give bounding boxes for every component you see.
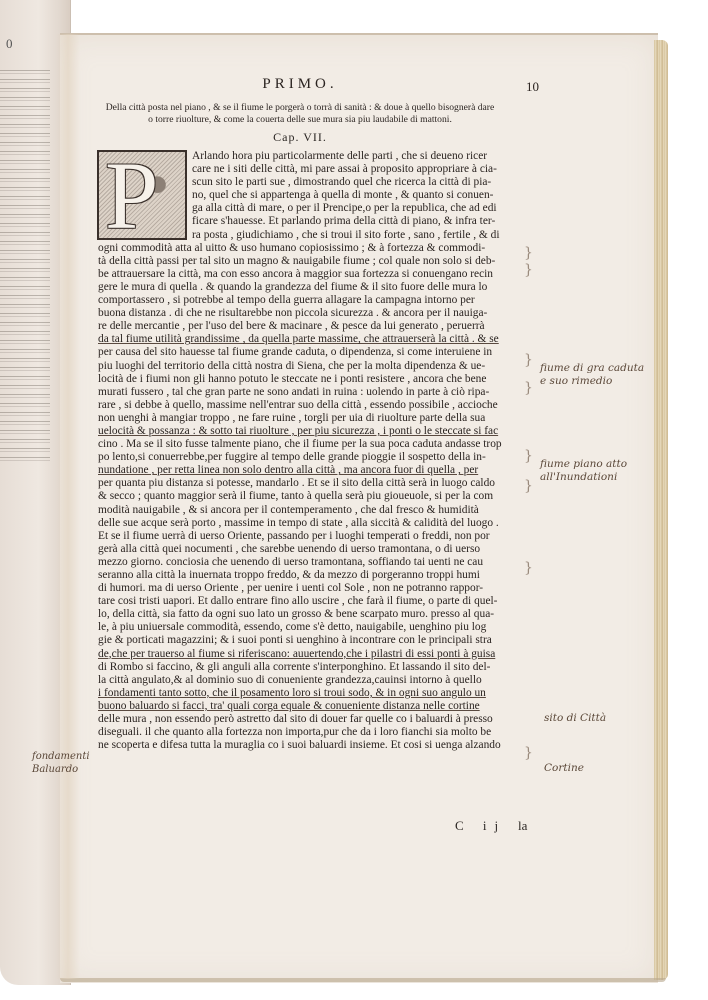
- marginal-note-line: fondamenti: [32, 750, 90, 763]
- page-bottom-edge: [60, 978, 666, 982]
- page-fore-edge: [654, 40, 668, 980]
- text-line: gerà alla città quei nocumenti , che sar…: [98, 543, 518, 556]
- margin-bracket: }: [524, 262, 533, 278]
- text-line: la città angulato,& al dominio suo di co…: [98, 674, 518, 687]
- text-line: non uenghi à mangiar troppo , ne fare ru…: [98, 412, 518, 425]
- marginal-note-line: all'Inundationi: [540, 471, 627, 484]
- text-line: delle sue acque serà porto , massime in …: [98, 517, 518, 530]
- book-gutter: [56, 34, 80, 979]
- text-line: modità nauigabile , & si ancora per il c…: [98, 504, 518, 517]
- catchword: la: [518, 818, 527, 834]
- text-line: Et se il fiume uerrà di uerso Oriente, p…: [98, 530, 518, 543]
- text-line: re delle mercantie , per l'uso del bere …: [98, 320, 518, 333]
- marginal-note-left: fondamenti Baluardo: [32, 750, 90, 776]
- margin-bracket: }: [524, 380, 533, 396]
- text-line: ga alla città di mare, o per il Prencipe…: [98, 202, 518, 215]
- text-line: ficare s'hauesse. Et parlando prima dell…: [98, 215, 518, 228]
- text-line: ne scoperta e difesa tutta la muraglia c…: [98, 739, 518, 752]
- text-line: mezzo giorno. conciosia che uenendo di u…: [98, 556, 518, 569]
- text-line: be attrauersare la città, ma con esso an…: [98, 268, 518, 281]
- text-line: scun sito le parti sue , dimostrando que…: [98, 176, 518, 189]
- margin-bracket: }: [524, 245, 533, 261]
- marginal-note: fiume piano atto all'Inundationi: [540, 458, 627, 484]
- text-line-underlined: nundatione , per retta linea non solo de…: [98, 464, 518, 477]
- text-line: Arlando hora piu particolarmente delle p…: [98, 150, 518, 163]
- text-line: le, à piu uniuersale commodità, essendo,…: [98, 621, 518, 634]
- text-line: care ne i siti delle città, mi pare assa…: [98, 163, 518, 176]
- marginal-note: fiume di gra caduta e suo rimedio: [540, 362, 644, 388]
- text-line: lo, della città, sia fatto da ogni suo l…: [98, 608, 518, 621]
- marginal-note-line: e suo rimedio: [540, 375, 644, 388]
- chapter-heading-line: Della città posta nel piano , & se il fi…: [95, 102, 505, 114]
- text-line-underlined: uelocità & possanza : & sotto tai riuolt…: [98, 425, 518, 438]
- running-head: PRIMO.: [60, 76, 540, 93]
- page-number: 10: [526, 79, 539, 95]
- signature-mark: C ij: [455, 818, 506, 834]
- text-line: gere le mura di quella . & quando la gra…: [98, 281, 518, 294]
- text-line: seranno alla città la inuernata troppo f…: [98, 569, 518, 582]
- text-line: rare , si debbe à quello, massime nell'e…: [98, 399, 518, 412]
- text-line: diseguali. il che quanto alla fortezza n…: [98, 726, 518, 739]
- marginal-note-line: Baluardo: [32, 763, 90, 776]
- text-line: & secco ; quanto maggior serà il fiume, …: [98, 490, 518, 503]
- text-line: cino . Ma se il sito fusse talmente pian…: [98, 438, 518, 451]
- margin-bracket: }: [524, 448, 533, 464]
- margin-bracket: }: [524, 560, 533, 576]
- left-page-text-ghost: [0, 62, 56, 466]
- text-line: murati fussero , tal che gran parte ne s…: [98, 386, 518, 399]
- marginal-note-line: Cortine: [544, 762, 584, 775]
- marginal-note: sito di Città: [544, 712, 606, 725]
- text-line: delle mura , non essendo però astretto d…: [98, 713, 518, 726]
- text-line: tà della città passi per tal sito un mag…: [98, 255, 518, 268]
- chapter-heading-line: o torre riuolture, & come la couerta del…: [95, 114, 505, 126]
- marginal-note-line: fiume di gra caduta: [540, 362, 644, 375]
- text-line-underlined: de,che per trauerso al fiume si riferisc…: [98, 648, 518, 661]
- text-line: po lento,si conuerrebbe,per fuggire al t…: [98, 451, 518, 464]
- text-line: per quanta piu distanza si potesse, mand…: [98, 477, 518, 490]
- margin-bracket: }: [524, 745, 533, 761]
- text-line: per causa del sito hauesse tal fiume gra…: [98, 346, 518, 359]
- text-line: no, quel che si appartenga à quella di m…: [98, 189, 518, 202]
- text-line-underlined: da tal fiume utilità grandissime , da qu…: [98, 333, 518, 346]
- text-line: di Rombo si faccino, & gli anguli alla c…: [98, 661, 518, 674]
- marginal-note-line: sito di Città: [544, 712, 606, 725]
- marginal-note: Cortine: [544, 762, 584, 775]
- left-page-folio: 0: [6, 36, 13, 52]
- margin-bracket: }: [524, 478, 533, 494]
- text-line-underlined: buono baluardo si facci, tra' quali corg…: [98, 700, 518, 713]
- margin-bracket: }: [524, 352, 533, 368]
- text-line: di humori. ma di uerso Oriente , per uen…: [98, 582, 518, 595]
- text-line: tare cosi tristi uapori. Et dallo entrar…: [98, 595, 518, 608]
- marginal-note-line: fiume piano atto: [540, 458, 627, 471]
- text-line-underlined: i fondamenti tanto sotto, che il posamen…: [98, 687, 518, 700]
- text-line: ogni commodità atta al uitto & uso human…: [98, 242, 518, 255]
- text-line: gie & porticati magazzini; & i suoi pont…: [98, 634, 518, 647]
- text-line: ra posta , giudichiamo , che si troui il…: [98, 229, 518, 242]
- text-line: piu luoghi del territorio della città no…: [98, 360, 518, 373]
- text-line: locità de i fiumi non gli hanno potuto l…: [98, 373, 518, 386]
- text-line: comportassero , si potrebbe al tempo del…: [98, 294, 518, 307]
- text-line: buona distanza . di che ne risultarebbe …: [98, 307, 518, 320]
- body-text: Arlando hora piu particolarmente delle p…: [98, 150, 518, 752]
- chapter-heading: Della città posta nel piano , & se il fi…: [95, 102, 505, 126]
